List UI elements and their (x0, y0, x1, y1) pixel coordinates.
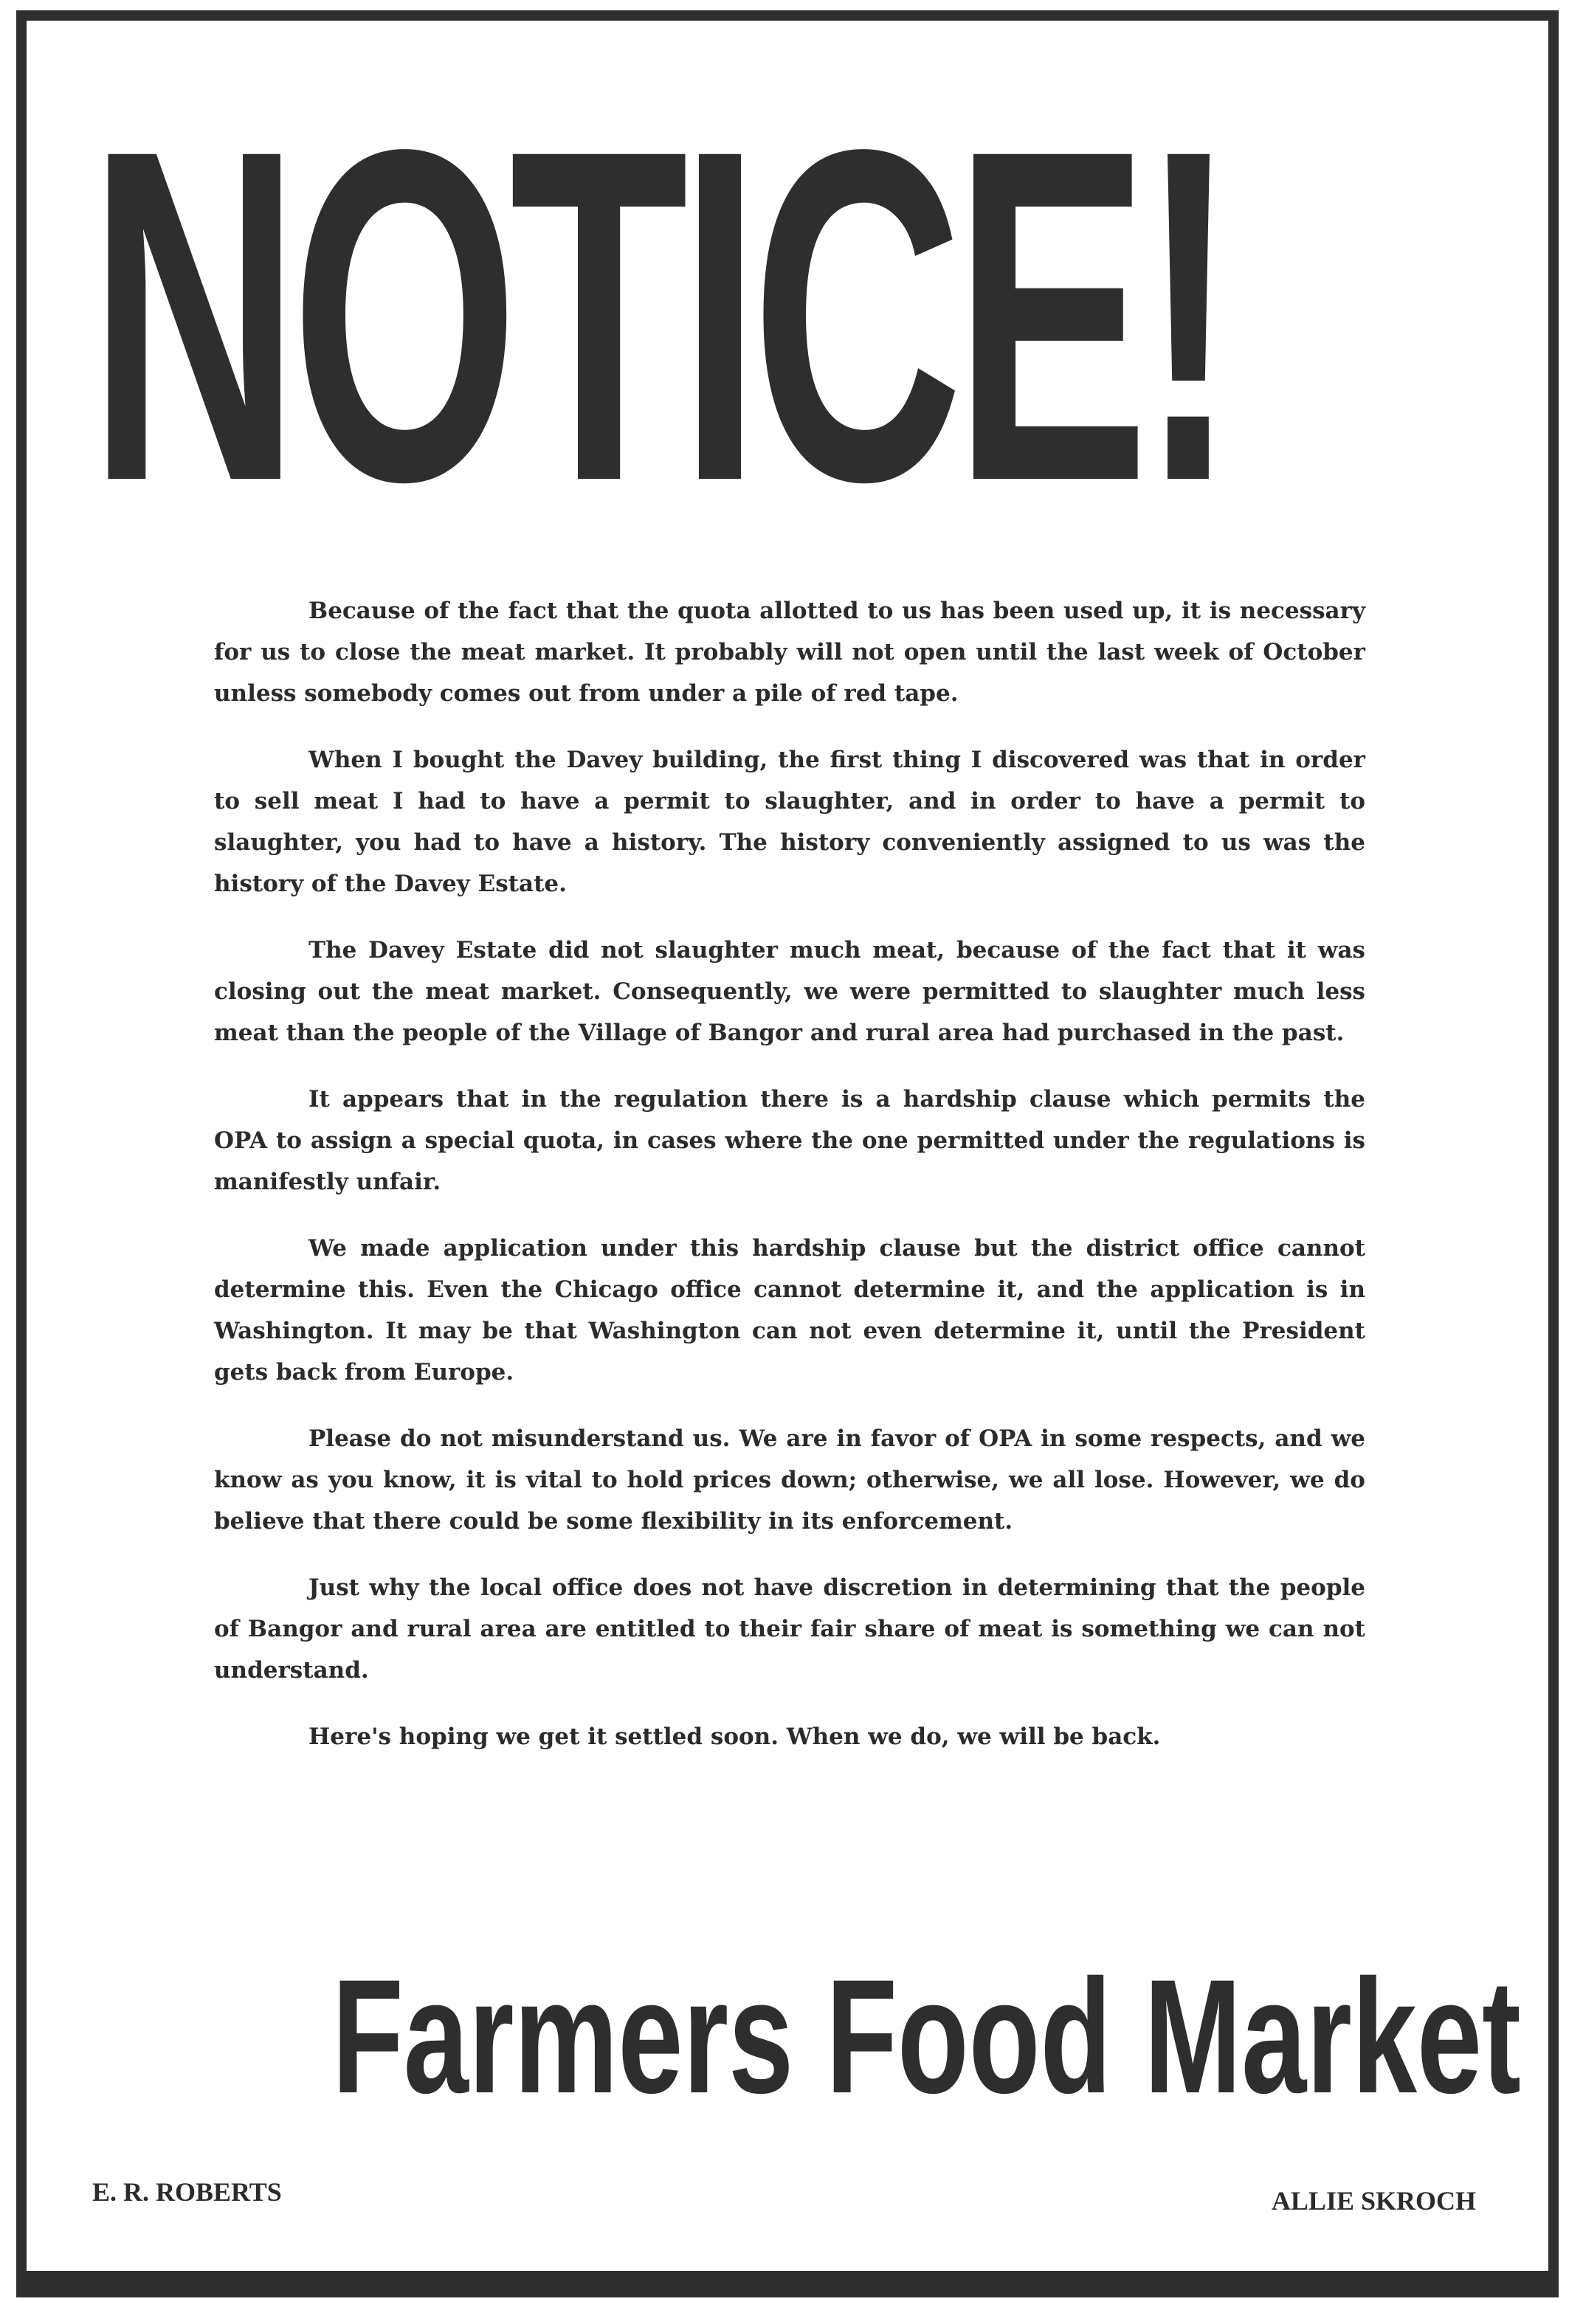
paragraph-hardship-clause: It appears that in the regulation there … (214, 1079, 1365, 1203)
paragraph-application: We made application under this hardship … (214, 1228, 1365, 1393)
notice-body: Because of the fact that the quota allot… (214, 590, 1365, 1782)
paragraph-opa: Please do not misunderstand us. We are i… (214, 1418, 1365, 1542)
paragraph-davey-estate: The Davey Estate did not slaughter much … (214, 930, 1365, 1054)
paragraph-quota: Because of the fact that the quota allot… (214, 590, 1365, 714)
signature-right: ALLIE SKROCH (1272, 2185, 1476, 2216)
store-name: Farmers Food Market (332, 1948, 1262, 2125)
notice-headline: NOTICE! (89, 87, 967, 544)
signature-left: E. R. ROBERTS (92, 2176, 282, 2207)
paragraph-closing: Here's hoping we get it settled soon. Wh… (214, 1716, 1365, 1757)
paragraph-local-office: Just why the local office does not have … (214, 1567, 1365, 1691)
paragraph-davey-building: When I bought the Davey building, the fi… (214, 739, 1365, 905)
